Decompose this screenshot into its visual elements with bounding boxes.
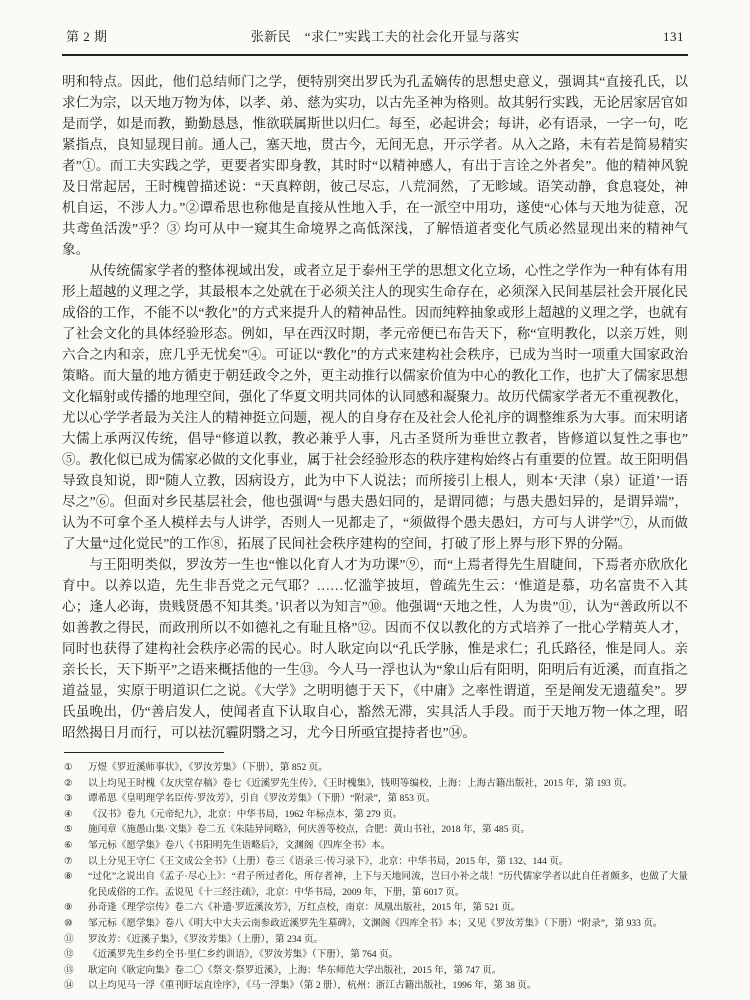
footnote-text: 施闰章《施愚山集·文集》卷二五《朱陆异同略》，何庆善等校点，合肥：黄山书社，20… — [88, 824, 530, 835]
footnote-item: ⑪ 罗汝芳：《近溪子集》，《罗汝芳集》（上册），第 234 页。 — [62, 932, 688, 948]
footnote-item: ⑧ “过化”之说出自《孟子·尽心上》：“君子所过者化，所存者神，上下与天地同流，… — [62, 869, 688, 900]
footnote-item: ③ 谭希思《皇明理学名臣传·罗汝芳》，引自《罗汝芳集》（下册）“附录”，第 85… — [62, 791, 688, 807]
footnote-marker: ⑪ — [64, 932, 74, 948]
footnote-text: 罗汝芳：《近溪子集》，《罗汝芳集》（上册），第 234 页。 — [88, 934, 323, 945]
footnote-item: ⑩ 邹元标《愿学集》卷八《明大中大夫云南参政近溪罗先生墓碑》，文渊阁《四库全书》… — [62, 916, 688, 932]
footnote-item: ② 以上均见王时槐《友庆堂存稿》卷七《近溪罗先生传》，《王时槐集》，钱明等编校，… — [62, 776, 688, 792]
footnote-text: 万煜《罗近溪师事状》，《罗汝芳集》（下册），第 852 页。 — [88, 762, 328, 773]
issue-label: 第 2 期 — [66, 26, 108, 45]
footnote-item: ⑬ 耿定向《耿定向集》卷二〇《祭文·祭罗近溪》，上海：华东师范大学出版社，201… — [62, 963, 688, 979]
footnote-item: ① 万煜《罗近溪师事状》，《罗汝芳集》（下册），第 852 页。 — [62, 760, 688, 776]
footnote-item: ④ 《汉书》卷九《元帝纪九》，北京：中华书局，1962 年标点本，第 279 页… — [62, 807, 688, 823]
footnote-marker: ⑧ — [64, 869, 73, 885]
footnote-marker: ⑨ — [64, 900, 73, 916]
footnote-item: ⑭ 以上均见马一浮《重刊盱坛直诠序》，《马一浮集》（第 2 册），杭州：浙江古籍… — [62, 978, 688, 994]
footnote-text: 谭希思《皇明理学名臣传·罗汝芳》，引自《罗汝芳集》（下册）“附录”，第 853 … — [88, 793, 436, 804]
footnote-marker: ⑬ — [64, 963, 74, 979]
paragraph: 明和特点。因此，他们总结师门之学，便特别突出罗氏为孔孟嫡传的思想史意义，强调其“… — [62, 71, 688, 260]
paragraph: 与王阳明类似，罗汝芳一生也“惟以化育人才为功课”⑨，而“上焉者得先生眉睫间，下焉… — [62, 554, 688, 743]
footnote-text: 以上均见马一浮《重刊盱坛直诠序》，《马一浮集》（第 2 册），杭州：浙江古籍出版… — [88, 980, 537, 991]
footnote-separator — [64, 752, 224, 753]
footnote-text: 耿定向《耿定向集》卷二〇《祭文·祭罗近溪》，上海：华东师范大学出版社，2015 … — [88, 965, 501, 976]
footnote-item: ⑫ 《近溪罗先生乡约全书·里仁乡约训语》，《罗汝芳集》（下册），第 764 页。 — [62, 947, 688, 963]
footnote-marker: ② — [64, 776, 73, 792]
article-body: 明和特点。因此，他们总结师门之学，便特别突出罗氏为孔孟嫡传的思想史意义，强调其“… — [62, 71, 688, 743]
running-head-title: 张新民 “求仁”实践工夫的社会化开显与落实 — [108, 26, 663, 45]
footnotes: ① 万煜《罗近溪师事状》，《罗汝芳集》（下册），第 852 页。 ② 以上均见王… — [62, 760, 688, 994]
page-number: 131 — [663, 29, 684, 45]
footnote-text: 以上分见王守仁《王文成公全书》（上册）卷三《语录三·传习录下》，北京：中华书局，… — [88, 856, 568, 867]
footnote-marker: ① — [64, 760, 73, 776]
footnote-text: 《近溪罗先生乡约全书·里仁乡约训语》，《罗汝芳集》（下册），第 764 页。 — [88, 949, 398, 960]
footnote-marker: ④ — [64, 807, 73, 823]
footnote-marker: ⑫ — [64, 947, 74, 963]
footnote-marker: ⑩ — [64, 916, 73, 932]
footnote-text: 邹元标《愿学集》卷八《书阳明先生语略后》，文渊阁《四库全书》本。 — [88, 840, 390, 851]
footnote-item: ⑥ 邹元标《愿学集》卷八《书阳明先生语略后》，文渊阁《四库全书》本。 — [62, 838, 688, 854]
footnote-item: ⑤ 施闰章《施愚山集·文集》卷二五《朱陆异同略》，何庆善等校点，合肥：黄山书社，… — [62, 822, 688, 838]
footnote-text: 孙奇逢《理学宗传》卷二六《补遗·罗近溪汝芳》，万红点校，南京：凤凰出版社，201… — [88, 902, 521, 913]
journal-page: 第 2 期 张新民 “求仁”实践工夫的社会化开显与落实 131 明和特点。因此，… — [0, 0, 750, 1000]
footnote-item: ⑦ 以上分见王守仁《王文成公全书》（上册）卷三《语录三·传习录下》，北京：中华书… — [62, 854, 688, 870]
footnote-marker: ⑭ — [64, 978, 74, 994]
footnote-marker: ⑤ — [64, 822, 73, 838]
footnote-marker: ⑥ — [64, 838, 73, 854]
footnote-marker: ③ — [64, 791, 73, 807]
running-head: 第 2 期 张新民 “求仁”实践工夫的社会化开显与落实 131 — [62, 26, 688, 56]
footnote-marker: ⑦ — [64, 854, 73, 870]
footnote-item: ⑨ 孙奇逢《理学宗传》卷二六《补遗·罗近溪汝芳》，万红点校，南京：凤凰出版社，2… — [62, 900, 688, 916]
footnote-text: 邹元标《愿学集》卷八《明大中大夫云南参政近溪罗先生墓碑》，文渊阁《四库全书》本；… — [88, 918, 663, 929]
paragraph: 从传统儒家学者的整体视域出发，或者立足于泰州王学的思想文化立场，心性之学作为一种… — [62, 260, 688, 554]
footnote-text: 《汉书》卷九《元帝纪九》，北京：中华书局，1962 年标点本，第 279 页。 — [88, 809, 402, 820]
footnote-text: “过化”之说出自《孟子·尽心上》：“君子所过者化，所存者神，上下与天地同流，岂曰… — [88, 871, 688, 898]
footnote-text: 以上均见王时槐《友庆堂存稿》卷七《近溪罗先生传》，《王时槐集》，钱明等编校，上海… — [88, 778, 632, 789]
